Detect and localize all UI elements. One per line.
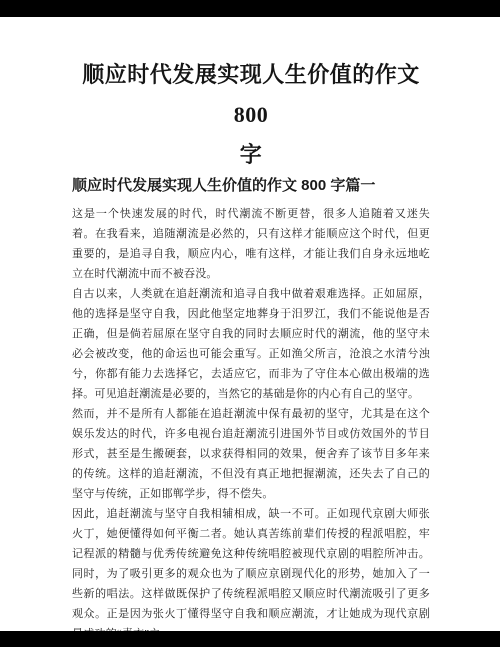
bottom-letterbox-bar bbox=[0, 631, 500, 647]
document-title: 顺应时代发展实现人生价值的作文 800 字 bbox=[72, 55, 430, 175]
document-body: 这是一个快速发展的时代，时代潮流不断更替，很多人追随着又迷失着。在我看来，追随潮… bbox=[72, 204, 430, 644]
document-title-line-1: 顺应时代发展实现人生价值的作文 800 bbox=[72, 55, 430, 135]
paragraph-2: 自古以来，人类就在追赶潮流和追寻自我中做着艰难选择。正如屈原，他的选择是坚守自我… bbox=[72, 284, 430, 404]
document-title-line-2: 字 bbox=[72, 135, 430, 175]
paragraph-3: 然而，并不是所有人都能在追赶潮流中保有最初的坚守，尤其是在这个娱乐发达的时代，许… bbox=[72, 404, 430, 504]
top-letterbox-bar bbox=[0, 0, 500, 17]
document-content: 顺应时代发展实现人生价值的作文 800 字 顺应时代发展实现人生价值的作文 80… bbox=[0, 17, 500, 644]
scanned-document-page: { "appearance": { "page_background": "#f… bbox=[0, 0, 500, 647]
document-subtitle: 顺应时代发展实现人生价值的作文 800 字篇一 bbox=[72, 177, 430, 195]
paragraph-4: 因此，追赶潮流与坚守自我相辅相成，缺一不可。正如现代京剧大师张火丁，她便懂得如何… bbox=[72, 504, 430, 644]
paragraph-1: 这是一个快速发展的时代，时代潮流不断更替，很多人追随着又迷失着。在我看来，追随潮… bbox=[72, 204, 430, 284]
